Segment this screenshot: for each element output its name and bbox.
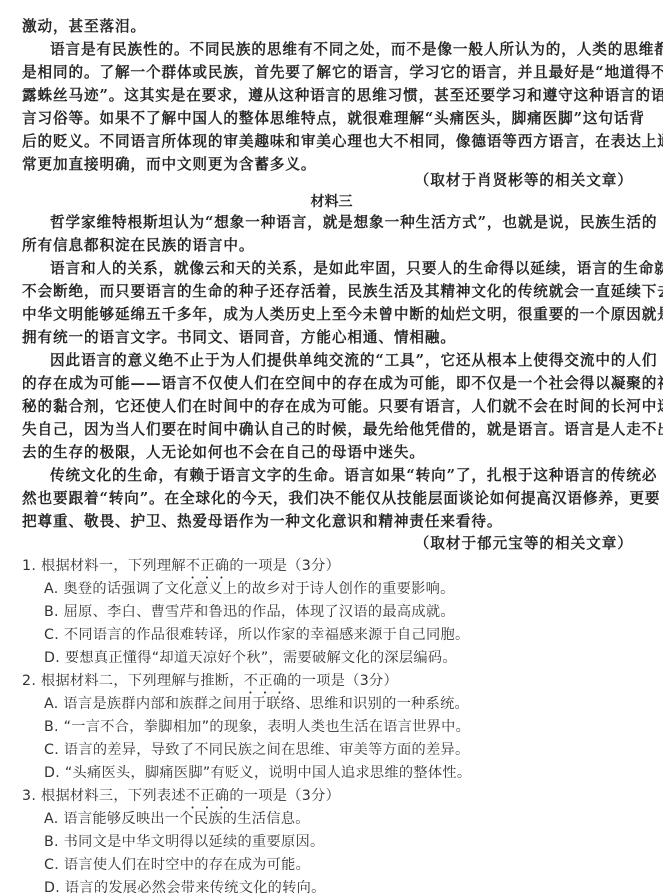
option-label: C. — [44, 627, 59, 643]
passage-line: 然也要跟着“转向”。在全球化的今天，我们决不能仅从技能层面谈论如何提高汉语修养，… — [22, 488, 626, 510]
option-label: D. — [44, 765, 60, 781]
option-label: A. — [44, 581, 59, 597]
question-stem-text: 的一项是（3分） — [229, 558, 340, 574]
passage-line: 失自己，因为当人们要在时间中确认自己的时候，最先给他凭借的，就是语言。语言是人走… — [22, 419, 626, 441]
passage-line: 激动，甚至落泪。 — [22, 16, 626, 38]
question-3-option-d[interactable]: D. 语言的发展必然会带来传统文化的转向。 — [44, 877, 326, 895]
option-text: 语言的差异，导致了不同民族之间在思维、审美等方面的差异。 — [64, 742, 470, 758]
question-1-option-b[interactable]: B. 屈原、李白、曹雪芹和鲁迅的作品，体现了汉语的最高成就。 — [44, 601, 455, 623]
option-text: 要想真正懂得“却道天凉好个秋”，需要破解文化的深层编码。 — [65, 650, 457, 666]
question-emphasis: 不正确 — [186, 558, 229, 574]
question-2-option-b[interactable]: B. “一言不合，拳脚相加”的现象，表明人类也生活在语言世界中。 — [44, 716, 470, 738]
question-3-option-c[interactable]: C. 语言使人们在时空中的存在成为可能。 — [44, 854, 310, 876]
question-number: 3. — [22, 788, 36, 804]
passage-line: 中华文明能够延绵五千多年，成为人类历史上至今未曾中断的灿烂文明，很重要的一个原因… — [22, 304, 626, 326]
option-label: B. — [44, 834, 59, 850]
question-stem-text: 根据材料二，下列理解与推断， — [41, 673, 244, 689]
option-label: D. — [44, 650, 60, 666]
option-label: C. — [44, 857, 59, 873]
question-2-option-c[interactable]: C. 语言的差异，导致了不同民族之间在思维、审美等方面的差异。 — [44, 739, 470, 761]
passage-line: 把尊重、敬畏、护卫、热爱母语作为一种文化意识和精神责任来看待。 — [22, 511, 626, 533]
passage-line: 是相同的。了解一个群体或民族，首先要了解它的语言，学习它的语言，并且最好是“地道… — [22, 62, 626, 84]
passage-line: 语言和人的关系，就像云和天的关系，是如此牢固，只要人的生命得以延续，语言的生命就 — [50, 258, 626, 280]
question-number: 2. — [22, 673, 36, 689]
option-label: A. — [44, 811, 59, 827]
question-emphasis: 不正确 — [244, 673, 287, 689]
passage-line: 露蛛丝马迹”。这其实是在要求，遵从这种语言的思维习惯，甚至还要学习和遵守这种语言… — [22, 85, 626, 107]
option-text: “一言不合，拳脚相加”的现象，表明人类也生活在语言世界中。 — [64, 719, 470, 735]
passage-line: 所有信息都积淀在民族的语言中。 — [22, 235, 626, 257]
option-text: 屈原、李白、曹雪芹和鲁迅的作品，体现了汉语的最高成就。 — [64, 604, 455, 620]
question-1-option-a[interactable]: A. 奥登的话强调了文化意义上的故乡对于诗人创作的重要影响。 — [44, 578, 455, 600]
question-2-option-d[interactable]: D. “头痛医头，脚痛医脚”有贬义，说明中国人追求思维的整体性。 — [44, 762, 471, 784]
option-label: C. — [44, 742, 59, 758]
question-number: 1. — [22, 558, 36, 574]
passage-line: 哲学家维特根斯坦认为“想象一种语言，就是想象一种生活方式”，也就是说，民族生活的 — [50, 212, 626, 234]
passage-line: 拥有统一的语言文字。书同文、语同音，方能心相通、情相融。 — [22, 327, 626, 349]
question-stem-text: 根据材料一，下列理解 — [41, 558, 186, 574]
question-stem-text: 的一项是（3分） — [229, 788, 340, 804]
question-stem-text: 的一项是（3分） — [287, 673, 398, 689]
question-2-option-a[interactable]: A. 语言是族群内部和族群之间用于联络、思维和识别的一种系统。 — [44, 693, 469, 715]
passage-line: 因此语言的意义绝不止于为人们提供单纯交流的“工具”，它还从根本上使得交流中的人们 — [50, 350, 626, 372]
passage-line: 语言是有民族性的。不同民族的思维有不同之处，而不是像一般人所认为的，人类的思维都 — [50, 39, 626, 61]
passage-line: 秘的黏合剂，它还使人们在时间中的存在成为可能。只要有语言，人们就不会在时间的长河… — [22, 396, 626, 418]
passage-line: 后的贬义。不同语言所体现的审美趣味和审美心理也大不相同，像德语等西方语言，在表达… — [22, 131, 626, 153]
exam-page: 激动，甚至落泪。 语言是有民族性的。不同民族的思维有不同之处，而不是像一般人所认… — [0, 0, 663, 895]
question-1-option-c[interactable]: C. 不同语言的作品很难转译，所以作家的幸福感来源于自己同胞。 — [44, 624, 470, 646]
question-3-option-a[interactable]: A. 语言能够反映出一个民族的生活信息。 — [44, 808, 310, 830]
option-label: B. — [44, 719, 59, 735]
source-citation: （取材于郁元宝等的相关文章） — [415, 533, 633, 555]
passage-line: 去的生存的极限，人无论如何也不会在自己的母语中迷失。 — [22, 442, 626, 464]
question-1-option-d[interactable]: D. 要想真正懂得“却道天凉好个秋”，需要破解文化的深层编码。 — [44, 647, 457, 669]
question-emphasis: 不正确 — [186, 788, 229, 804]
option-text: 语言的发展必然会带来传统文化的转向。 — [65, 880, 326, 895]
option-text: 语言能够反映出一个民族的生活信息。 — [63, 811, 309, 827]
option-text: 不同语言的作品很难转译，所以作家的幸福感来源于自己同胞。 — [64, 627, 470, 643]
passage-line: 传统文化的生命，有赖于语言文字的生命。语言如果“转向”了，扎根于这种语言的传统必 — [50, 465, 626, 487]
source-citation: （取材于肖贤彬等的相关文章） — [415, 170, 633, 192]
option-label: B. — [44, 604, 59, 620]
section-heading: 材料三 — [0, 192, 663, 212]
option-text: 语言使人们在时空中的存在成为可能。 — [64, 857, 310, 873]
passage-line: 不会断绝，而只要语言的生命的种子还存活着，民族生活及其精神文化的传统就会一直延续… — [22, 281, 626, 303]
option-text: 奥登的话强调了文化意义上的故乡对于诗人创作的重要影响。 — [63, 581, 454, 597]
option-text: “头痛医头，脚痛医脚”有贬义，说明中国人追求思维的整体性。 — [65, 765, 471, 781]
passage-line: 的存在成为可能——语言不仅使人们在空间中的存在成为可能，即不仅是一个社会得以凝聚… — [22, 373, 626, 395]
passage-line: 言习俗等。如果不了解中国人的整体思维特点，就很难理解“头痛医头，脚痛医脚”这句话… — [22, 108, 626, 130]
option-text: 书同文是中华文明得以延续的重要原因。 — [64, 834, 325, 850]
question-3-option-b[interactable]: B. 书同文是中华文明得以延续的重要原因。 — [44, 831, 324, 853]
option-text: 语言是族群内部和族群之间用于联络、思维和识别的一种系统。 — [63, 696, 469, 712]
option-label: D. — [44, 880, 60, 895]
option-label: A. — [44, 696, 59, 712]
question-stem-text: 根据材料三，下列表述 — [41, 788, 186, 804]
